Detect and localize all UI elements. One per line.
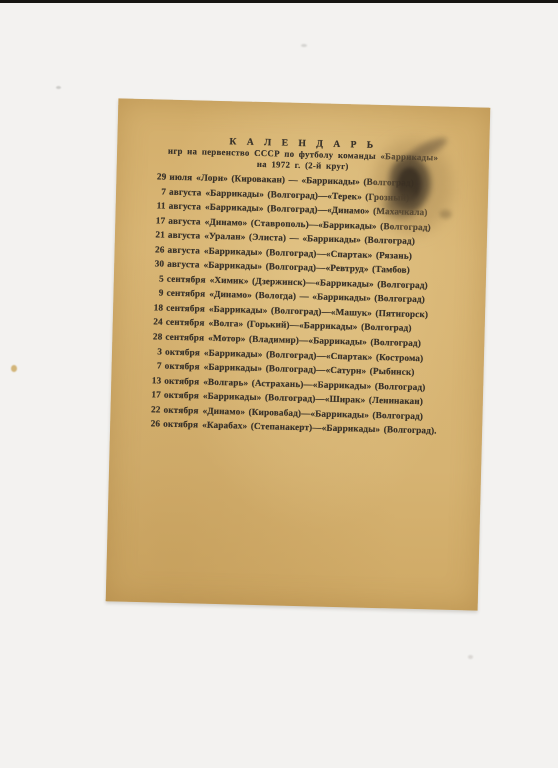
match-day: 17 [135, 387, 161, 402]
match-month: сентября [166, 301, 205, 317]
match-list: 29 июля «Лори» (Кировакан) — «Баррикады»… [134, 169, 483, 439]
match-month: октября [163, 402, 198, 417]
match-day: 24 [137, 314, 163, 329]
match-month: октября [164, 359, 199, 374]
scan-background: К А Л Е Н Д А Р Ь игр на первенство СССР… [0, 0, 558, 768]
scan-speck [301, 44, 307, 47]
match-month: октября [164, 388, 199, 403]
match-day: 26 [134, 416, 160, 431]
match-day: 7 [140, 184, 166, 199]
match-day: 30 [138, 256, 164, 271]
match-month: октября [165, 344, 200, 359]
match-month: сентября [167, 271, 206, 287]
match-day: 29 [140, 169, 166, 184]
match-day: 22 [134, 402, 160, 417]
match-day: 3 [136, 343, 162, 358]
match-day: 21 [139, 227, 165, 242]
scanner-top-edge [0, 0, 558, 3]
match-month: августа [168, 213, 201, 228]
match-day: 11 [140, 198, 166, 213]
match-month: августа [167, 257, 200, 272]
match-month: сентября [166, 315, 205, 331]
match-month: августа [169, 184, 202, 199]
match-day: 18 [137, 300, 163, 315]
match-month: октября [163, 417, 198, 432]
match-day: 17 [139, 213, 165, 228]
match-month: сентября [166, 286, 205, 302]
match-month: августа [168, 228, 201, 243]
scan-speck [11, 365, 17, 372]
match-month: июля [169, 170, 192, 185]
match-day: 7 [135, 358, 161, 373]
match-day: 5 [138, 271, 164, 286]
match-day: 9 [137, 285, 163, 300]
match-month: августа [167, 242, 200, 257]
scan-speck [468, 655, 473, 659]
match-month: октября [164, 373, 199, 388]
match-day: 28 [136, 329, 162, 344]
match-day: 26 [138, 242, 164, 257]
document-page: К А Л Е Н Д А Р Ь игр на первенство СССР… [106, 98, 491, 610]
match-month: августа [169, 199, 202, 214]
match-month: сентября [165, 330, 204, 346]
match-day: 13 [135, 373, 161, 388]
scan-speck [56, 86, 61, 89]
